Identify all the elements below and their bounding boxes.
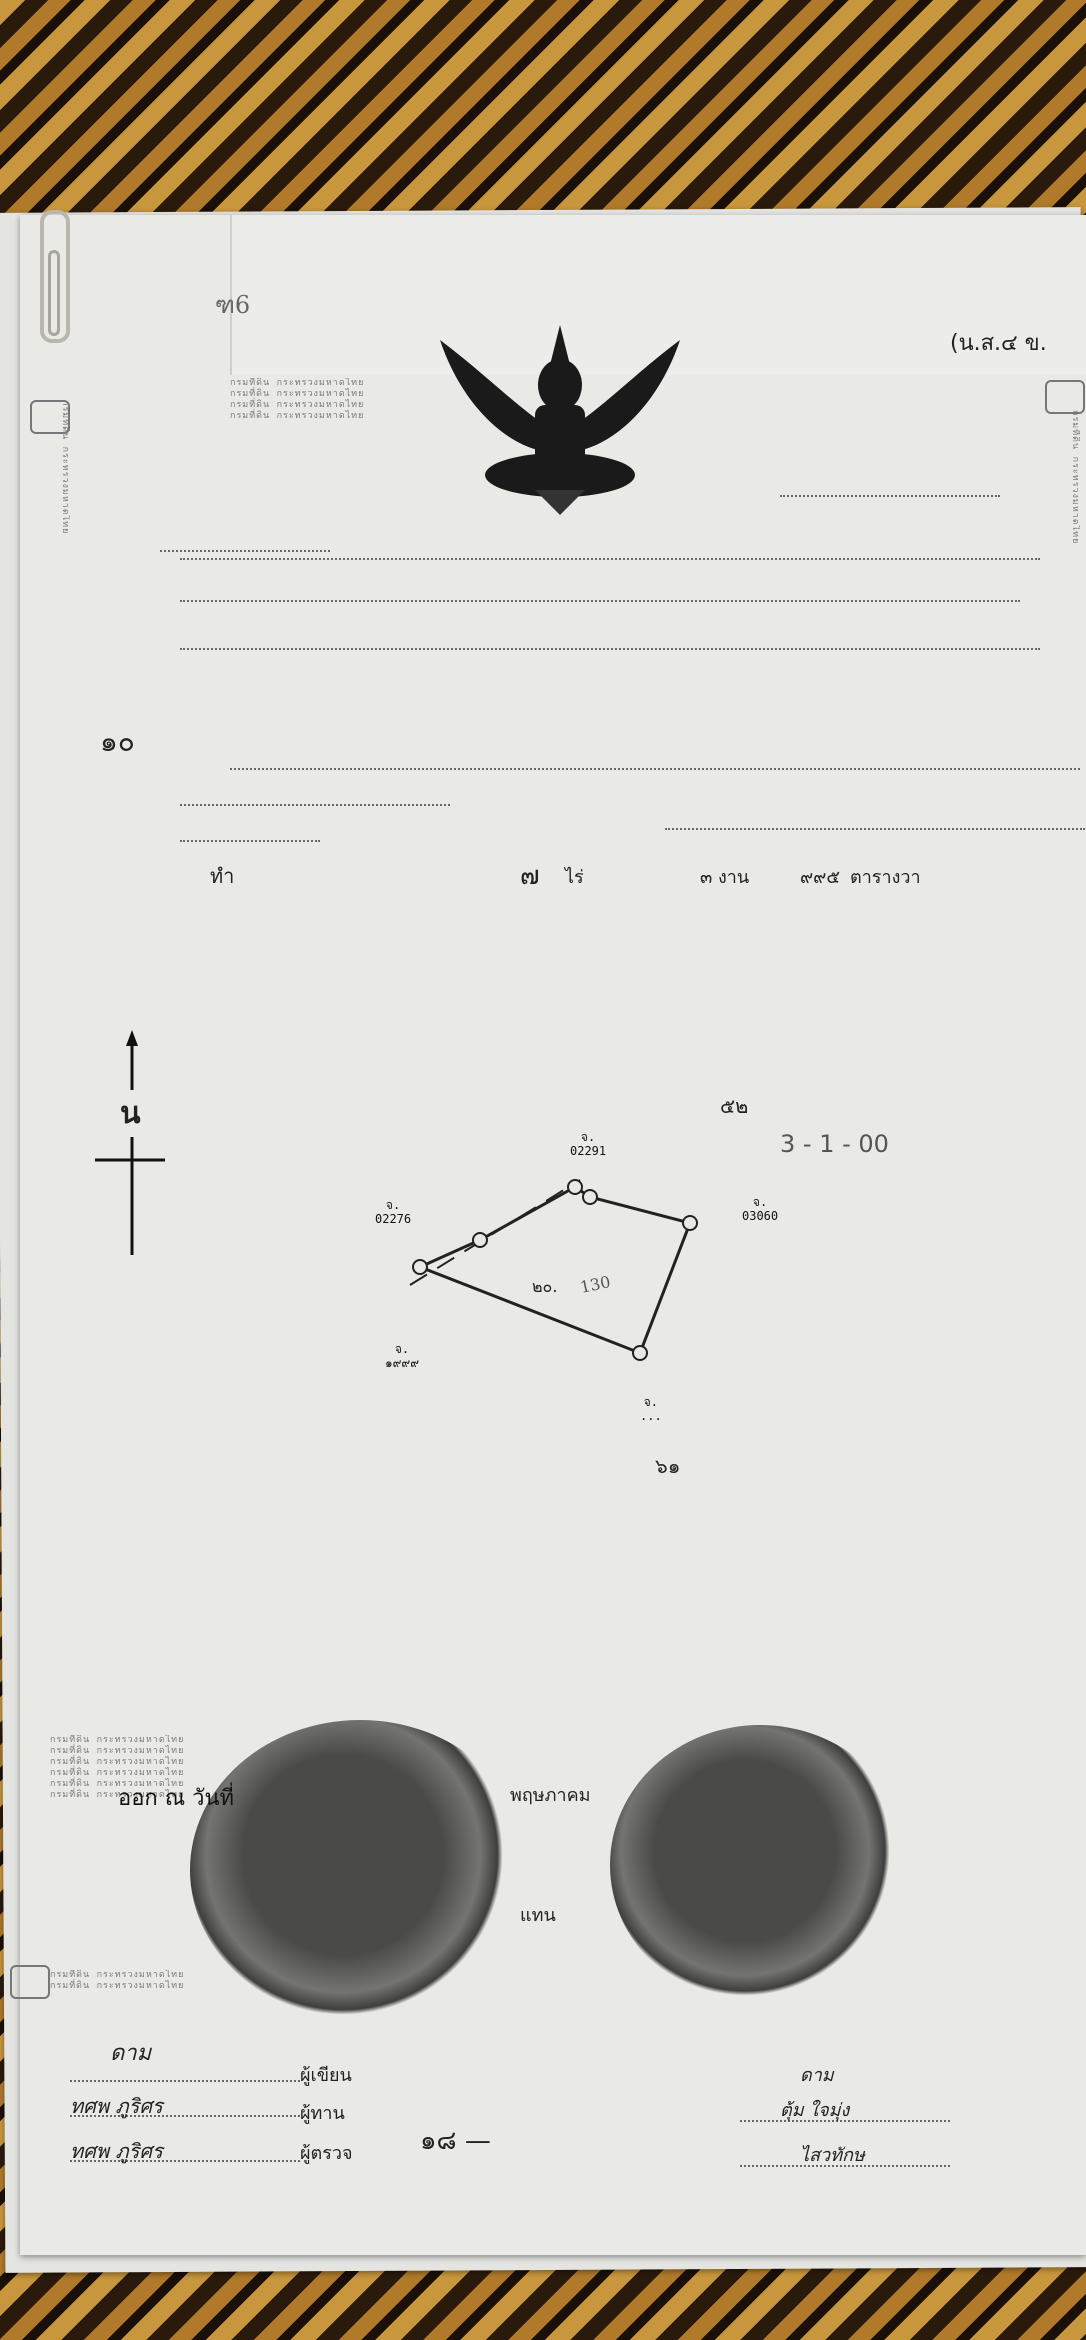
north-label: น <box>120 1090 141 1137</box>
issue-month: พฤษภาคม <box>510 1780 591 1809</box>
area-annotation: 3 - 1 - 00 <box>780 1130 889 1158</box>
neighbor-label-02276: จ.02276 <box>375 1198 411 1226</box>
rai-label: ไร่ <box>565 862 584 891</box>
signature-right-2: ตุ้ม ใจมุ่ง <box>780 2095 849 2124</box>
paperclip-inner-icon <box>48 250 60 336</box>
ngan-label: งาน <box>718 862 749 891</box>
wa-value: ๙๙๕ <box>800 862 840 891</box>
north-arrow-icon <box>90 1030 170 1255</box>
corner-ornament-icon <box>1045 380 1085 414</box>
signature-writer: ดาม <box>110 2035 151 2070</box>
official-seal-right-icon <box>610 1725 910 2005</box>
watermark-band-signature: กรมที่ดิน กระทรวงมหาดไทยกรมที่ดิน กระทรว… <box>50 1970 1070 2000</box>
area-prefix: ทำ <box>210 860 234 892</box>
ngan-value: ๓ <box>700 862 712 891</box>
corner-ornament-icon <box>30 400 70 434</box>
wa-label: ตารางวา <box>850 862 921 891</box>
signature-reviewer: ทศพ ภูริศร <box>70 2090 163 2122</box>
signature-right-1: ดาม <box>800 2060 834 2089</box>
role-inspector: ผู้ตรวจ <box>300 2138 353 2167</box>
page-number: ๑๘ — <box>420 2120 491 2161</box>
sheet-number-top: ๕๒ <box>720 1090 748 1122</box>
parcel-number: ๒๐. <box>532 1275 557 1300</box>
corner-ornament-icon <box>10 1965 50 1999</box>
neighbor-label-02291: จ.02291 <box>570 1130 606 1158</box>
role-reviewer: ผู้ทาน <box>300 2098 345 2127</box>
row-number: ๑๐ <box>100 720 135 764</box>
margin-note: ฑ6 <box>215 285 250 324</box>
neighbor-label-south: จ.... <box>640 1395 662 1423</box>
neighbor-label-south-west: จ.๑๙๙๙ <box>385 1342 419 1370</box>
watermark-border-left: กรมที่ดิน กระทรวงมหาดไทย <box>30 400 70 1960</box>
garuda-emblem-icon <box>420 310 700 520</box>
role-writer: ผู้เขียน <box>300 2060 352 2089</box>
neighbor-label-03060: จ.03060 <box>742 1195 778 1223</box>
rai-value: ๗ <box>520 855 540 896</box>
form-code: (น.ส.๔ ข. <box>950 325 1047 360</box>
sheet-number-bottom: ๖๑ <box>655 1450 680 1482</box>
proxy-label: แทน <box>520 1900 556 1929</box>
signature-inspector: ทศพ ภูริศร <box>70 2135 163 2167</box>
signature-right-3: ไสวทักษ <box>800 2140 865 2169</box>
